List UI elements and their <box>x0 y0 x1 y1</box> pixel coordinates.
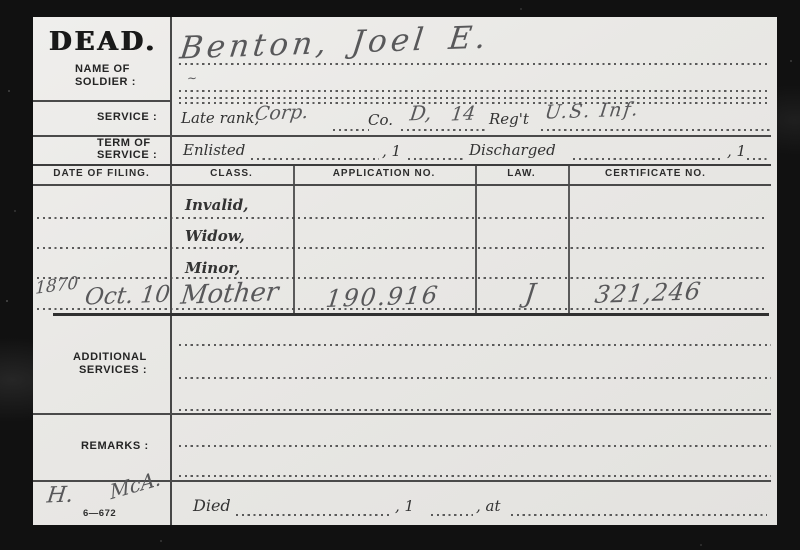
term-dots-1 <box>251 158 379 160</box>
service-label: SERVICE : <box>97 112 157 124</box>
died-print: Died <box>193 496 231 515</box>
stray-mark: ~ <box>186 71 198 85</box>
term-dots-2 <box>408 158 466 160</box>
company-handwriting: D, <box>409 101 434 126</box>
law-entry-handwriting: J <box>523 279 537 310</box>
additional-services-label-line1: ADDITIONAL <box>73 352 147 364</box>
regiment-number-handwriting: 14 <box>450 103 477 126</box>
service-dots-1 <box>333 129 369 131</box>
class-option-invalid: Invalid, <box>185 196 248 214</box>
row-rule-2 <box>37 247 767 249</box>
co-print: Co. <box>368 111 393 129</box>
section-rule-a-dash1 <box>179 97 769 99</box>
certificate-no-handwriting: 321,246 <box>593 277 703 309</box>
name-of-soldier-label-line1: NAME OF <box>75 64 130 76</box>
died-dots-2 <box>431 514 473 516</box>
enlisted-one-print: , 1 <box>382 142 401 160</box>
additional-rule-3 <box>179 409 771 411</box>
filing-date-handwriting: Oct. 10 <box>83 281 171 310</box>
name-of-soldier-label-line2: SOLDIER : <box>75 77 136 89</box>
header-class: CLASS. <box>170 168 293 179</box>
class-entry-handwriting: Mother <box>179 277 280 311</box>
class-option-widow: Widow, <box>185 227 245 245</box>
term-dots-3 <box>573 158 721 160</box>
term-label-line1: TERM OF <box>97 138 151 150</box>
header-bottom-rule <box>33 184 771 186</box>
soldier-name-handwriting: Benton, Joel E. <box>178 20 492 67</box>
additional-services-label-line2: SERVICES : <box>79 365 147 377</box>
remarks-label: REMARKS : <box>81 441 149 453</box>
regt-print: Reg't <box>489 110 529 128</box>
enlisted-print: Enlisted <box>183 141 245 159</box>
filing-year-handwriting: 1870 <box>35 273 79 299</box>
died-dots-1 <box>236 514 391 516</box>
col-divider-application-law <box>475 164 477 314</box>
section-rule-a-left <box>33 100 170 102</box>
entry-heavy-rule <box>53 313 769 316</box>
remarks-rule-1 <box>179 445 771 447</box>
clerk-mark-left-handwriting: H. <box>45 482 74 508</box>
clerk-mark-right-handwriting: McA. <box>109 466 162 505</box>
died-at-print: , at <box>476 497 501 515</box>
dead-stamp: DEAD. <box>49 27 157 57</box>
header-certificate-no: CERTIFICATE NO. <box>568 168 771 179</box>
class-option-minor: Minor, <box>185 259 240 277</box>
row-rule-1 <box>37 217 767 219</box>
pension-index-card: DEAD. NAME OF SOLDIER : Benton, Joel E. … <box>33 17 777 525</box>
main-divider-line <box>170 17 172 525</box>
col-divider-law-certificate <box>568 164 570 314</box>
service-dots-2 <box>401 129 485 131</box>
row-rule-4 <box>37 308 767 310</box>
col-divider-class-application <box>293 164 295 314</box>
name-rule-2 <box>179 90 769 92</box>
additional-rule-1 <box>179 344 771 346</box>
additional-rule-2 <box>179 377 771 379</box>
term-dots-4 <box>747 158 769 160</box>
header-top-rule <box>33 164 771 166</box>
header-application-no: APPLICATION NO. <box>293 168 475 179</box>
form-number-print: 6—672 <box>83 508 116 519</box>
died-one-print: , 1 <box>395 497 414 515</box>
late-rank-print: Late rank, <box>181 109 259 127</box>
scan-background: DEAD. NAME OF SOLDIER : Benton, Joel E. … <box>0 0 800 550</box>
header-law: LAW. <box>475 168 568 179</box>
remarks-rule-2 <box>179 475 771 477</box>
discharged-one-print: , 1 <box>727 142 746 160</box>
name-rule-1 <box>179 63 769 65</box>
section-rule-c <box>33 413 771 415</box>
regiment-handwriting: U.S. Inf. <box>544 98 642 123</box>
rank-handwriting: Corp. <box>254 101 310 125</box>
service-dots-3 <box>541 129 771 131</box>
discharged-print: Discharged <box>469 141 556 159</box>
term-label-line2: SERVICE : <box>97 150 157 162</box>
scan-dust <box>0 0 2 2</box>
header-date-of-filing: DATE OF FILING. <box>33 168 170 179</box>
died-dots-3 <box>511 514 767 516</box>
